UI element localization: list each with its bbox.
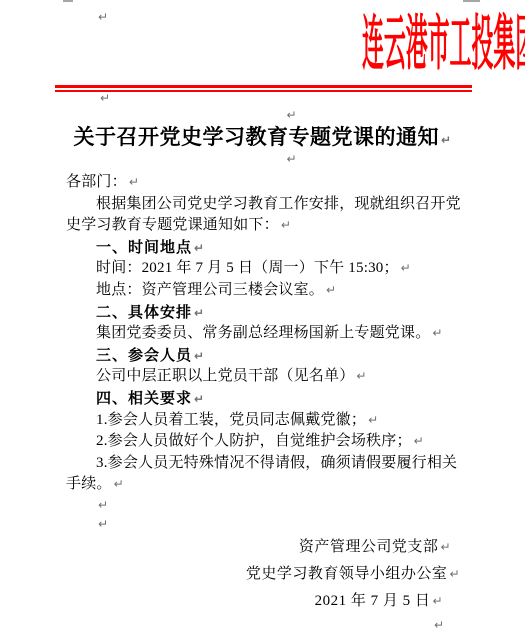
paragraph-mark-icon: ↵ [192, 349, 205, 363]
body-text: 公司中层正职以上党员干部（见名单） [96, 368, 354, 384]
body-line-req-1: 1.参会人员着工装，党员同志佩戴党徽；↵ [66, 410, 460, 432]
section-heading-4: 四、相关要求↵ [66, 388, 460, 410]
body-text: 2.参会人员做好个人防护，自觉维护会场秩序； [96, 433, 412, 449]
body-text: 3.参会人员无特殊情况不得请假，确须请假要履行相关 [96, 455, 457, 471]
document-page: ↵ 连云港市工投集团资产管理有限公司党支部 ↵ ↵ 关于召开党史学习教育专题党课… [0, 0, 525, 628]
body-line: 手续。↵ [66, 474, 460, 496]
empty-paragraph: ↵ [0, 150, 525, 168]
body-line: 史学习教育专题党课通知如下：↵ [66, 215, 460, 237]
paragraph-mark-icon: ↵ [430, 326, 442, 340]
paragraph-mark-icon: ↵ [366, 413, 378, 427]
org-name-header: 连云港市工投集团资产管理有限公司党支部 [362, 12, 525, 76]
paragraph-mark-icon: ↵ [192, 392, 205, 406]
body-text: 各部门： [66, 174, 127, 190]
body-text: 集团党委委员、常务副总经理杨国新上专题党课。 [96, 325, 430, 341]
date-text: 2021 年 7 月 5 日 [315, 593, 431, 609]
paragraph-mark-icon: ↵ [284, 108, 296, 122]
paragraph-mark-icon: ↵ [324, 283, 336, 297]
body-text: 时间：2021 年 7 月 5 日（周一）下午 15:30； [96, 260, 399, 276]
paragraph-mark-icon: ↵ [439, 133, 452, 147]
body-text: 地点：资产管理公司三楼会议室。 [96, 282, 324, 298]
body-text: 史学习教育专题党课通知如下： [66, 217, 279, 233]
paragraph-mark-icon: ↵ [96, 517, 108, 531]
section-heading-3: 三、参会人员↵ [66, 345, 460, 367]
empty-paragraph: ↵ [66, 496, 460, 515]
text-boundary-mark [463, 0, 480, 2]
empty-paragraph: ↵ [66, 515, 460, 534]
paragraph-mark-icon: ↵ [96, 498, 108, 512]
paragraph-mark-icon: ↵ [284, 152, 296, 166]
body-line-req-3: 3.参会人员无特殊情况不得请假，确须请假要履行相关 [66, 453, 460, 475]
paragraph-mark-icon: ↵ [412, 434, 424, 448]
signature-text: 党史学习教育领导小组办公室 [246, 566, 448, 582]
signature-line-office: 党史学习教育领导小组办公室↵ [66, 561, 460, 588]
signature-line-org: 资产管理公司党支部↵ [66, 534, 451, 561]
paragraph-mark-icon: ↵ [447, 567, 460, 581]
heading-text: 四、相关要求 [96, 390, 192, 407]
body-line-time: 时间：2021 年 7 月 5 日（周一）下午 15:30；↵ [66, 258, 460, 280]
red-double-rule [55, 85, 472, 92]
body-line: 根据集团公司党史学习教育工作安排，现就组织召开党 [66, 194, 460, 216]
paragraph-mark-icon: ↵ [399, 261, 411, 275]
notice-title: 关于召开党史学习教育专题党课的通知↵ [0, 124, 525, 150]
paragraph-mark-icon: ↵ [438, 540, 451, 554]
signature-text: 资产管理公司党支部 [299, 539, 439, 555]
body-line: 公司中层正职以上党员干部（见名单）↵ [66, 366, 460, 388]
letterhead: 连云港市工投集团资产管理有限公司党支部 [0, 12, 525, 76]
paragraph-mark-icon: ↵ [434, 619, 444, 628]
paragraph-mark-icon: ↵ [127, 175, 139, 189]
paragraph-mark-icon: ↵ [192, 241, 205, 255]
heading-text: 三、参会人员 [96, 347, 192, 364]
section-heading-2: 二、具体安排↵ [66, 302, 460, 324]
heading-text: 一、时间地点 [96, 239, 192, 256]
text-boundary-mark [63, 0, 73, 2]
notice-body: 各部门：↵ 根据集团公司党史学习教育工作安排，现就组织召开党 史学习教育专题党课… [66, 172, 460, 615]
body-text: 根据集团公司党史学习教育工作安排，现就组织召开党 [96, 196, 461, 212]
section-heading-1: 一、时间地点↵ [66, 237, 460, 259]
body-line-salutation: 各部门：↵ [66, 172, 460, 194]
signature-block: 资产管理公司党支部↵ 党史学习教育领导小组办公室↵ 2021 年 7 月 5 日… [66, 534, 460, 615]
body-line-req-2: 2.参会人员做好个人防护，自觉维护会场秩序；↵ [66, 431, 460, 453]
empty-paragraph: ↵ [0, 106, 525, 124]
paragraph-mark-icon: ↵ [100, 92, 110, 104]
paragraph-mark-icon: ↵ [192, 306, 205, 320]
paragraph-mark-icon: ↵ [112, 477, 124, 491]
body-line: 集团党委委员、常务副总经理杨国新上专题党课。↵ [66, 323, 460, 345]
date-line: 2021 年 7 月 5 日↵ [66, 588, 443, 615]
body-text: 手续。 [66, 476, 112, 492]
paragraph-mark-icon: ↵ [430, 594, 443, 608]
body-line-place: 地点：资产管理公司三楼会议室。↵ [66, 280, 460, 302]
body-text: 1.参会人员着工装，党员同志佩戴党徽； [96, 412, 366, 428]
paragraph-mark-icon: ↵ [354, 369, 366, 383]
paragraph-mark-icon: ↵ [279, 218, 291, 232]
notice-title-text: 关于召开党史学习教育专题党课的通知 [73, 125, 439, 149]
heading-text: 二、具体安排 [96, 304, 192, 321]
title-block: ↵ 关于召开党史学习教育专题党课的通知↵ ↵ [0, 106, 525, 168]
